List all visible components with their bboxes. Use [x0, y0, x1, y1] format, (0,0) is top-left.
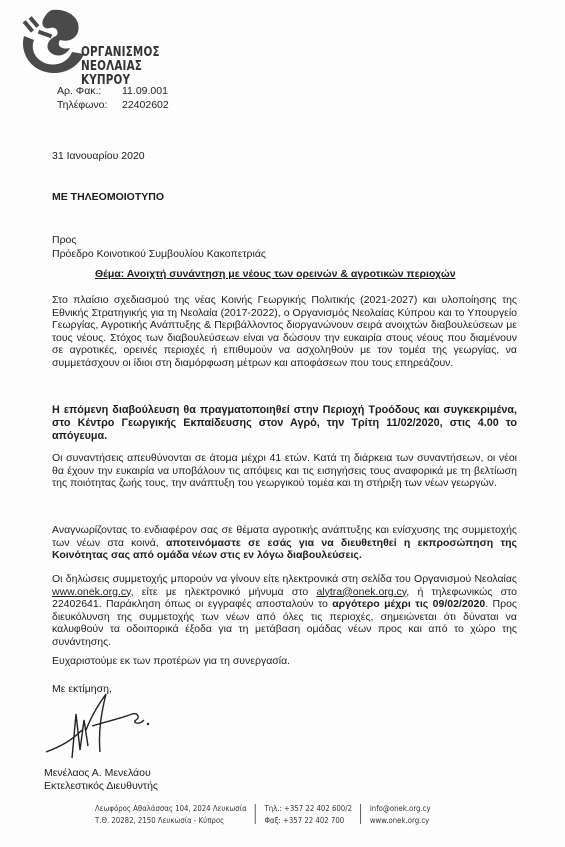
recipient-block: Προς Πρόεδρο Κοινοτικού Συμβουλίου Κακοπ… [52, 233, 266, 261]
signer-title: Εκτελεστικός Διευθυντής [44, 780, 158, 793]
paragraph-audience: Οι συναντήσεις απευθύνονται σε άτομα μέχ… [52, 452, 517, 490]
paragraph-registration: Οι δηλώσεις συμμετοχής μπορούν να γίνουν… [52, 573, 517, 649]
letter-date: 31 Ιανουαρίου 2020 [52, 150, 145, 162]
email-link[interactable]: alytra@onek.org.cy [316, 586, 406, 598]
signer-name: Μενέλαος Α. Μενελάου [44, 767, 158, 780]
phone-label: Τηλέφωνο: [57, 98, 122, 112]
reference-block: Αρ. Φακ.: 11.09.001 Τηλέφωνο: 22402602 [57, 84, 169, 112]
org-name-line-2: ΝΕΟΛΑΙΑΣ [81, 60, 160, 74]
file-number-label: Αρ. Φακ.: [57, 84, 122, 98]
registration-text-1: Οι δηλώσεις συμμετοχής μπορούν να γίνουν… [52, 573, 517, 585]
footer-tel: Τηλ.: +357 22 402 600/2 [265, 802, 352, 814]
address-line-1: Λεωφόρος Αθαλάσσας 104, 2024 Λευκωσία [95, 802, 247, 814]
footer-fax: Φαξ: +357 22 402 700 [265, 814, 352, 826]
delivery-method: ΜΕ ΤΗΛΕΟΜΟΙΟΤΥΠΟ [52, 191, 164, 203]
website-link[interactable]: www.onek.org.cy [52, 586, 131, 598]
paragraph-context: Στο πλαίσιο σχεδιασμού της νέας Κοινής Γ… [52, 294, 517, 370]
registration-text-2: , είτε με ηλεκτρονικό μήνυμα στο [131, 586, 317, 598]
footer-address: Λεωφόρος Αθαλάσσας 104, 2024 Λευκωσία Τ.… [95, 802, 255, 826]
deadline: αργότερο μέχρι τις 09/02/2020 [332, 598, 485, 610]
organization-name: ΟΡΓΑΝΙΣΜΟΣ ΝΕΟΛΑΙΑΣ ΚΥΠΡΟΥ [81, 46, 160, 88]
footer-website[interactable]: www.onek.org.cy [370, 814, 431, 826]
footer-phone: Τηλ.: +357 22 402 600/2 Φαξ: +357 22 402… [256, 802, 360, 826]
onek-logo-icon [12, 6, 92, 78]
letterhead-footer: Λεωφόρος Αθαλάσσας 104, 2024 Λευκωσία Τ.… [95, 802, 439, 826]
phone-number: 22402602 [122, 98, 169, 112]
footer-email[interactable]: info@onek.org.cy [370, 802, 431, 814]
subject-line: Θέμα: Ανοιχτή συνάντηση με νέους των ορε… [95, 268, 456, 280]
recipient-name: Πρόεδρο Κοινοτικού Συμβουλίου Κακοπετριά… [52, 247, 266, 261]
footer-contact: info@onek.org.cy www.onek.org.cy [361, 802, 439, 826]
paragraph-request: Αναγνωρίζοντας το ενδιαφέρον σας σε θέμα… [52, 524, 517, 562]
signer-block: Μενέλαος Α. Μενελάου Εκτελεστικός Διευθυ… [44, 767, 158, 793]
recipient-prefix: Προς [52, 233, 266, 247]
paragraph-event-details: Η επόμενη διαβούλευση θα πραγματοποιηθεί… [52, 404, 517, 443]
org-name-line-1: ΟΡΓΑΝΙΣΜΟΣ [81, 46, 160, 60]
file-number: 11.09.001 [122, 84, 168, 98]
address-line-2: Τ.Θ. 20282, 2150 Λευκωσία - Κύπρος [95, 814, 247, 826]
thanks-line: Ευχαριστούμε εκ των προτέρων για τη συνε… [52, 655, 290, 667]
signature-icon [42, 690, 152, 760]
